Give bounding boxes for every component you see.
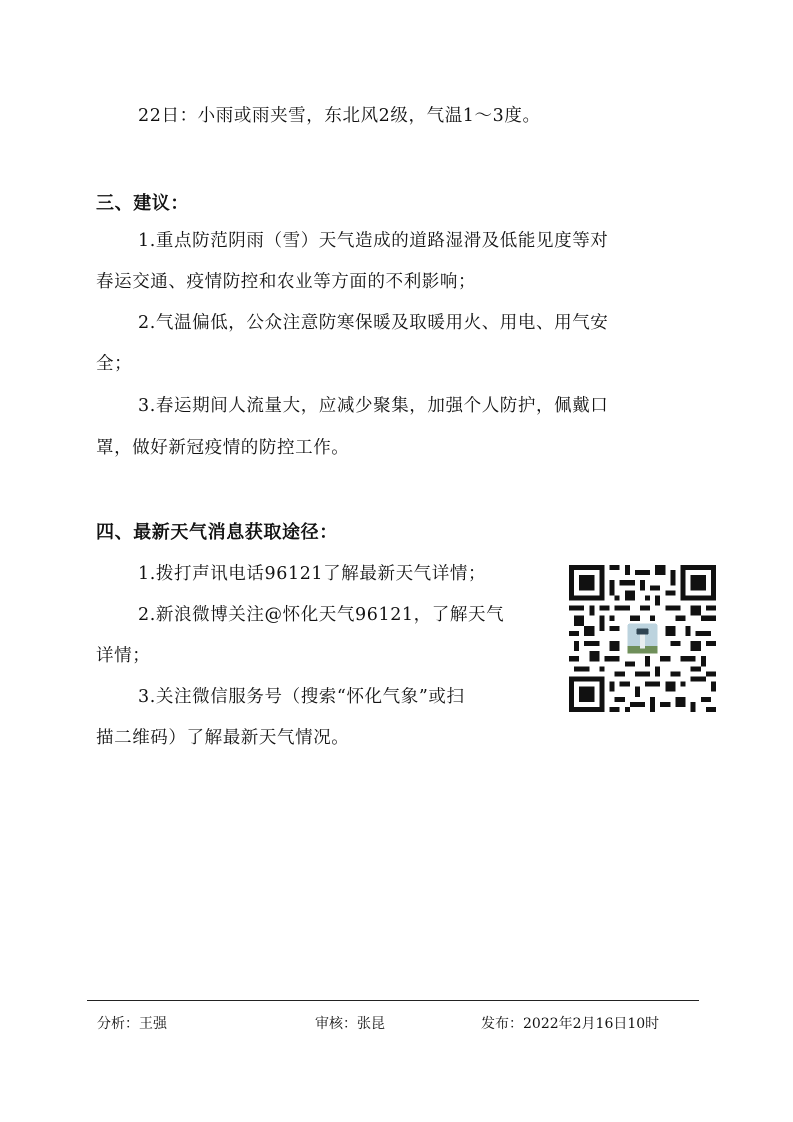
footer-divider [87,1000,699,1001]
suggestion-2-line-1: 2.气温偏低，公众注意防寒保暖及取暖用火、用电、用气安 [138,311,608,335]
forecast-day-22: 22日：小雨或雨夹雪，东北风2级，气温1～3度。 [138,104,541,128]
qr-code-icon [569,565,716,712]
suggestion-1-line-1: 1.重点防范阴雨（雪）天气造成的道路湿滑及低能见度等对 [138,229,608,253]
publish-time: 发布：2022年2月16日10时 [481,1014,659,1034]
suggestion-2-line-2: 全； [96,352,132,376]
reviewer-credit: 审核：张昆 [315,1014,385,1034]
channel-3-line-2: 描二维码）了解最新天气情况。 [96,726,349,750]
channel-3-line-1: 3.关注微信服务号（搜索“怀化气象”或扫 [138,685,465,709]
section-3-heading: 三、建议： [96,192,189,216]
analyst-credit: 分析：王强 [97,1014,167,1034]
channel-2-line-2: 详情； [96,644,150,668]
suggestion-1-line-2: 春运交通、疫情防控和农业等方面的不利影响； [96,270,476,294]
suggestion-3-line-2: 罩，做好新冠疫情的防控工作。 [96,436,349,460]
channel-1-line-1: 1.拨打声讯电话96121了解最新天气详情； [138,562,486,586]
section-4-heading: 四、最新天气消息获取途径： [96,521,338,545]
channel-2-line-1: 2.新浪微博关注@怀化天气96121，了解天气 [138,603,504,627]
suggestion-3-line-1: 3.春运期间人流量大，应减少聚集，加强个人防护，佩戴口 [138,394,608,418]
weather-tower-photo [625,621,660,656]
